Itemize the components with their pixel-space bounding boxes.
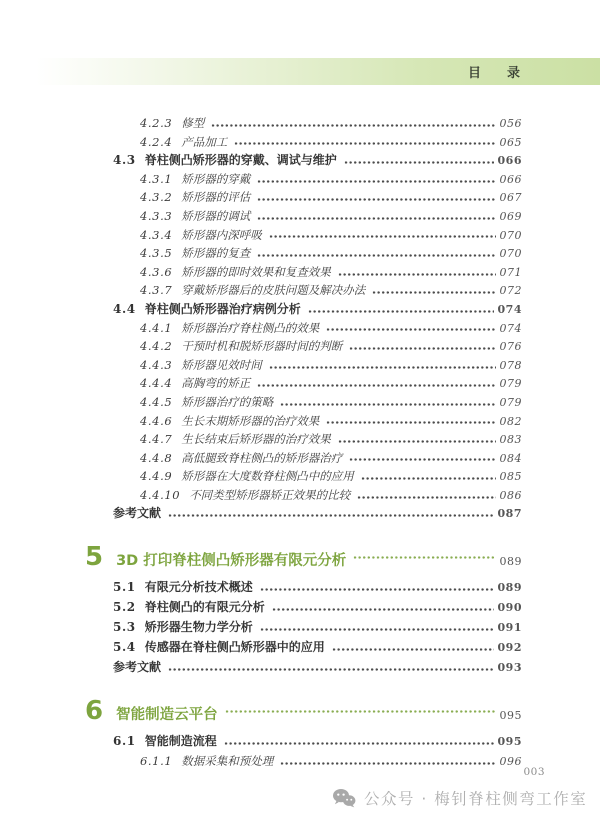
toc-entry: 5.2脊柱侧凸的有限元分析090: [113, 597, 522, 617]
chapter-page-number: 095: [500, 701, 523, 731]
dotted-leader: [280, 402, 495, 407]
toc-entry-page: 090: [498, 598, 522, 618]
toc-entry-title: 高胸弯的矫正: [181, 374, 250, 393]
toc-entry: 4.3.4矫形器内深呼吸070: [113, 226, 522, 245]
toc-entry-page: 091: [498, 618, 522, 638]
toc-entry-title: 矫形器的调试: [181, 207, 250, 226]
dotted-leader: [326, 420, 495, 425]
toc-entry-number: 4.2.4: [140, 133, 172, 152]
dotted-leader: [257, 179, 495, 184]
toc-entry-page: 065: [500, 134, 523, 153]
toc-entry: 4.4脊柱侧凸矫形器治疗病例分析074: [113, 300, 522, 319]
toc-entry: 4.4.5矫形器治疗的策略079: [113, 393, 522, 412]
toc-entry-number: 4.3.4: [140, 226, 172, 245]
dotted-leader: [308, 309, 494, 314]
chapter-title: 智能制造云平台: [116, 700, 218, 730]
toc-entry: 4.4.4高胸弯的矫正079: [113, 374, 522, 393]
chapter-5-block: 5 3D 打印脊柱侧凸矫形器有限元分析 089 5.1有限元分析技术概述0895…: [113, 542, 522, 677]
toc-entry-page: 056: [500, 115, 523, 134]
dotted-leader: [272, 607, 494, 612]
toc-entry-title: 矫形器的即时效果和复查效果: [181, 263, 331, 282]
chapter-heading: 6 智能制造云平台 095: [113, 696, 522, 726]
toc-entry-page: 093: [498, 658, 522, 678]
toc-entry: 4.4.3矫形器见效时间078: [113, 356, 522, 375]
toc-entry-title: 脊柱侧凸的有限元分析: [145, 597, 265, 617]
toc-entry-page: 067: [500, 189, 523, 208]
toc-entry-title: 智能制造流程: [145, 731, 217, 751]
toc-entry-references: 参考文献093: [113, 657, 522, 677]
toc-entry-title: 矫形器治疗脊柱侧凸的效果: [181, 319, 319, 338]
toc-entry-page: 074: [500, 320, 523, 339]
toc-entry: 4.4.1矫形器治疗脊柱侧凸的效果074: [113, 319, 522, 338]
dotted-leader: [349, 457, 495, 462]
toc-entry-title: 矫形器内深呼吸: [181, 226, 262, 245]
toc-entry-page: 079: [500, 394, 523, 413]
dotted-leader: [234, 141, 495, 146]
toc-entry: 6.1.1数据采集和预处理096: [113, 751, 522, 771]
toc-entry-number: 4.3.7: [140, 281, 172, 300]
dotted-leader: [344, 160, 494, 165]
dotted-leader: [168, 513, 494, 518]
toc-entry-title: 干预时机和脱矫形器时间的判断: [181, 337, 342, 356]
toc-entry: 4.3.3矫形器的调试069: [113, 207, 522, 226]
toc-entry-title: 矫形器治疗的策略: [181, 393, 273, 412]
toc-entry-page: 078: [500, 357, 523, 376]
toc-entry-number: 5.4: [113, 637, 136, 657]
toc-entry-page: 070: [500, 245, 523, 264]
toc-entry-number: 4.3.5: [140, 244, 172, 263]
toc-entry: 4.4.9矫形器在大度数脊柱侧凸中的应用085: [113, 467, 522, 486]
toc-list-chapter6: 6.1智能制造流程0956.1.1数据采集和预处理096: [113, 731, 522, 771]
toc-entry-page: 089: [498, 578, 522, 598]
toc-entry-number: 4.3.3: [140, 207, 172, 226]
toc-entry-title: 矫形器的评估: [181, 188, 250, 207]
toc-entry-page: 072: [500, 282, 523, 301]
chapter-6-block: 6 智能制造云平台 095 6.1智能制造流程0956.1.1数据采集和预处理0…: [113, 696, 522, 771]
toc-entry: 4.3.7穿戴矫形器后的皮肤问题及解决办法072: [113, 281, 522, 300]
toc-entry: 4.4.6生长末期矫形器的治疗效果082: [113, 412, 522, 431]
toc-entry-title: 产品加工: [181, 133, 227, 152]
toc-entry-page: 083: [500, 431, 523, 450]
toc-list-chapter4: 4.2.3修型0564.2.4产品加工0654.3脊柱侧凸矫形器的穿戴、调试与维…: [113, 114, 522, 523]
toc-entry-page: 071: [500, 264, 523, 283]
toc-entry-page: 070: [500, 227, 523, 246]
dotted-leader: [257, 253, 495, 258]
page-title: 目 录: [468, 62, 600, 81]
dotted-leader: [260, 627, 494, 632]
toc-entry-number: 4.4.2: [140, 337, 172, 356]
toc-entry-number: 4.4.6: [140, 412, 172, 431]
toc-entry-number: 5.3: [113, 617, 136, 637]
toc-entry: 4.2.3修型056: [113, 114, 522, 133]
toc-entry: 5.3矫形器生物力学分析091: [113, 617, 522, 637]
toc-entry-number: 6.1: [113, 731, 136, 751]
toc-entry-title: 矫形器的穿戴: [181, 170, 250, 189]
toc-entry-number: 4.4.7: [140, 430, 172, 449]
toc-entry-number: 6.1.1: [140, 751, 172, 771]
toc-entry-page: 084: [500, 450, 523, 469]
toc-entry: 4.3.2矫形器的评估067: [113, 188, 522, 207]
toc-entry-page: 085: [500, 468, 523, 487]
toc-entry-number: 4.4.10: [140, 486, 180, 505]
toc-entry-title: 传感器在脊柱侧凸矫形器中的应用: [145, 637, 325, 657]
toc-entry-number: 4.4.4: [140, 374, 172, 393]
toc-entry: 6.1智能制造流程095: [113, 731, 522, 751]
dotted-leader: [225, 709, 496, 714]
toc-entry-title: 矫形器的复查: [181, 244, 250, 263]
chapter-number: 5: [85, 542, 103, 572]
toc-entry-page: 096: [500, 752, 523, 772]
dotted-leader: [269, 234, 496, 239]
toc-entry: 4.3.1矫形器的穿戴066: [113, 170, 522, 189]
wechat-icon: [332, 788, 356, 808]
dotted-leader: [326, 327, 495, 332]
toc-entry-number: 4.4.9: [140, 467, 172, 486]
dotted-leader: [257, 197, 495, 202]
toc-entry-title: 生长结束后矫形器的治疗效果: [181, 430, 331, 449]
dotted-leader: [349, 346, 495, 351]
watermark-text: 公众号 · 梅钊脊柱侧弯工作室: [364, 787, 587, 809]
toc-entry-title: 生长末期矫形器的治疗效果: [181, 412, 319, 431]
dotted-leader: [211, 123, 495, 128]
toc-entry-number: 4.4.8: [140, 449, 172, 468]
toc-entry-title: 脊柱侧凸矫形器的穿戴、调试与维护: [145, 151, 337, 170]
toc-container: 4.2.3修型0564.2.4产品加工0654.3脊柱侧凸矫形器的穿戴、调试与维…: [113, 85, 522, 771]
toc-entry-number: 4.3.2: [140, 188, 172, 207]
toc-entry-title: 矫形器在大度数脊柱侧凸中的应用: [181, 467, 354, 486]
dotted-leader: [372, 290, 495, 295]
toc-entry-number: 4.4.1: [140, 319, 172, 338]
toc-entry-title: 修型: [181, 114, 204, 133]
toc-entry: 4.3脊柱侧凸矫形器的穿戴、调试与维护066: [113, 151, 522, 170]
toc-entry-title: 数据采集和预处理: [181, 751, 273, 771]
toc-entry: 4.4.2干预时机和脱矫形器时间的判断076: [113, 337, 522, 356]
dotted-leader: [257, 216, 495, 221]
toc-entry: 4.4.8高低腿致脊柱侧凸的矫形器治疗084: [113, 449, 522, 468]
toc-entry-page: 082: [500, 413, 523, 432]
toc-entry-title: 脊柱侧凸矫形器治疗病例分析: [145, 300, 301, 319]
dotted-leader: [280, 761, 495, 766]
toc-entry-page: 095: [498, 732, 522, 752]
toc-entry-number: 4.3.6: [140, 263, 172, 282]
toc-entry-title: 不同类型矫形器矫正效果的比较: [189, 486, 350, 505]
watermark: 公众号 · 梅钊脊柱侧弯工作室: [332, 787, 587, 809]
toc-entry-number: 4.2.3: [140, 114, 172, 133]
dotted-leader: [361, 476, 496, 481]
dotted-leader: [338, 272, 496, 277]
toc-entry-page: 074: [498, 301, 522, 320]
toc-entry: 4.4.10不同类型矫形器矫正效果的比较086: [113, 486, 522, 505]
dotted-leader: [260, 587, 494, 592]
chapter-heading: 5 3D 打印脊柱侧凸矫形器有限元分析 089: [113, 542, 522, 572]
toc-entry-number: 4.4: [113, 300, 136, 319]
toc-entry-page: 092: [498, 638, 522, 658]
chapter-number: 6: [85, 696, 103, 726]
dotted-leader: [357, 495, 495, 500]
dotted-leader: [269, 365, 496, 370]
toc-entry-number: 4.3.1: [140, 170, 172, 189]
toc-entry-page: 086: [500, 487, 523, 506]
dotted-leader: [338, 439, 496, 444]
toc-entry: 4.2.4产品加工065: [113, 133, 522, 152]
toc-entry-number: 5.1: [113, 577, 136, 597]
toc-entry-number: 4.3: [113, 151, 136, 170]
toc-entry-page: 069: [500, 208, 523, 227]
toc-entry-page: 066: [500, 171, 523, 190]
chapter-title: 3D 打印脊柱侧凸矫形器有限元分析: [116, 546, 346, 576]
toc-entry-title: 矫形器生物力学分析: [145, 617, 253, 637]
chapter-page-number: 089: [500, 547, 523, 577]
toc-entry-page: 066: [498, 152, 522, 171]
dotted-leader: [332, 647, 494, 652]
toc-list-chapter5: 5.1有限元分析技术概述0895.2脊柱侧凸的有限元分析0905.3矫形器生物力…: [113, 577, 522, 677]
toc-entry-title: 参考文献: [113, 504, 161, 523]
toc-entry-number: 4.4.5: [140, 393, 172, 412]
toc-entry: 4.3.5矫形器的复查070: [113, 244, 522, 263]
dotted-leader: [168, 667, 494, 672]
toc-entry-page: 079: [500, 375, 523, 394]
toc-entry-number: 5.2: [113, 597, 136, 617]
toc-entry-page: 076: [500, 338, 523, 357]
toc-entry-number: 4.4.3: [140, 356, 172, 375]
toc-entry: 4.3.6矫形器的即时效果和复查效果071: [113, 263, 522, 282]
toc-entry: 4.4.7生长结束后矫形器的治疗效果083: [113, 430, 522, 449]
toc-entry-title: 高低腿致脊柱侧凸的矫形器治疗: [181, 449, 342, 468]
dotted-leader: [257, 383, 495, 388]
dotted-leader: [224, 741, 494, 746]
toc-entry: 5.1有限元分析技术概述089: [113, 577, 522, 597]
toc-entry-title: 参考文献: [113, 657, 161, 677]
toc-entry-page: 087: [498, 505, 522, 524]
toc-entry-references: 参考文献087: [113, 504, 522, 523]
toc-entry-title: 穿戴矫形器后的皮肤问题及解决办法: [181, 281, 365, 300]
folio-page-number: 003: [523, 766, 545, 778]
header-bar: 目 录: [0, 58, 600, 85]
toc-entry: 5.4传感器在脊柱侧凸矫形器中的应用092: [113, 637, 522, 657]
toc-entry-title: 有限元分析技术概述: [145, 577, 253, 597]
dotted-leader: [353, 555, 495, 560]
toc-entry-title: 矫形器见效时间: [181, 356, 262, 375]
